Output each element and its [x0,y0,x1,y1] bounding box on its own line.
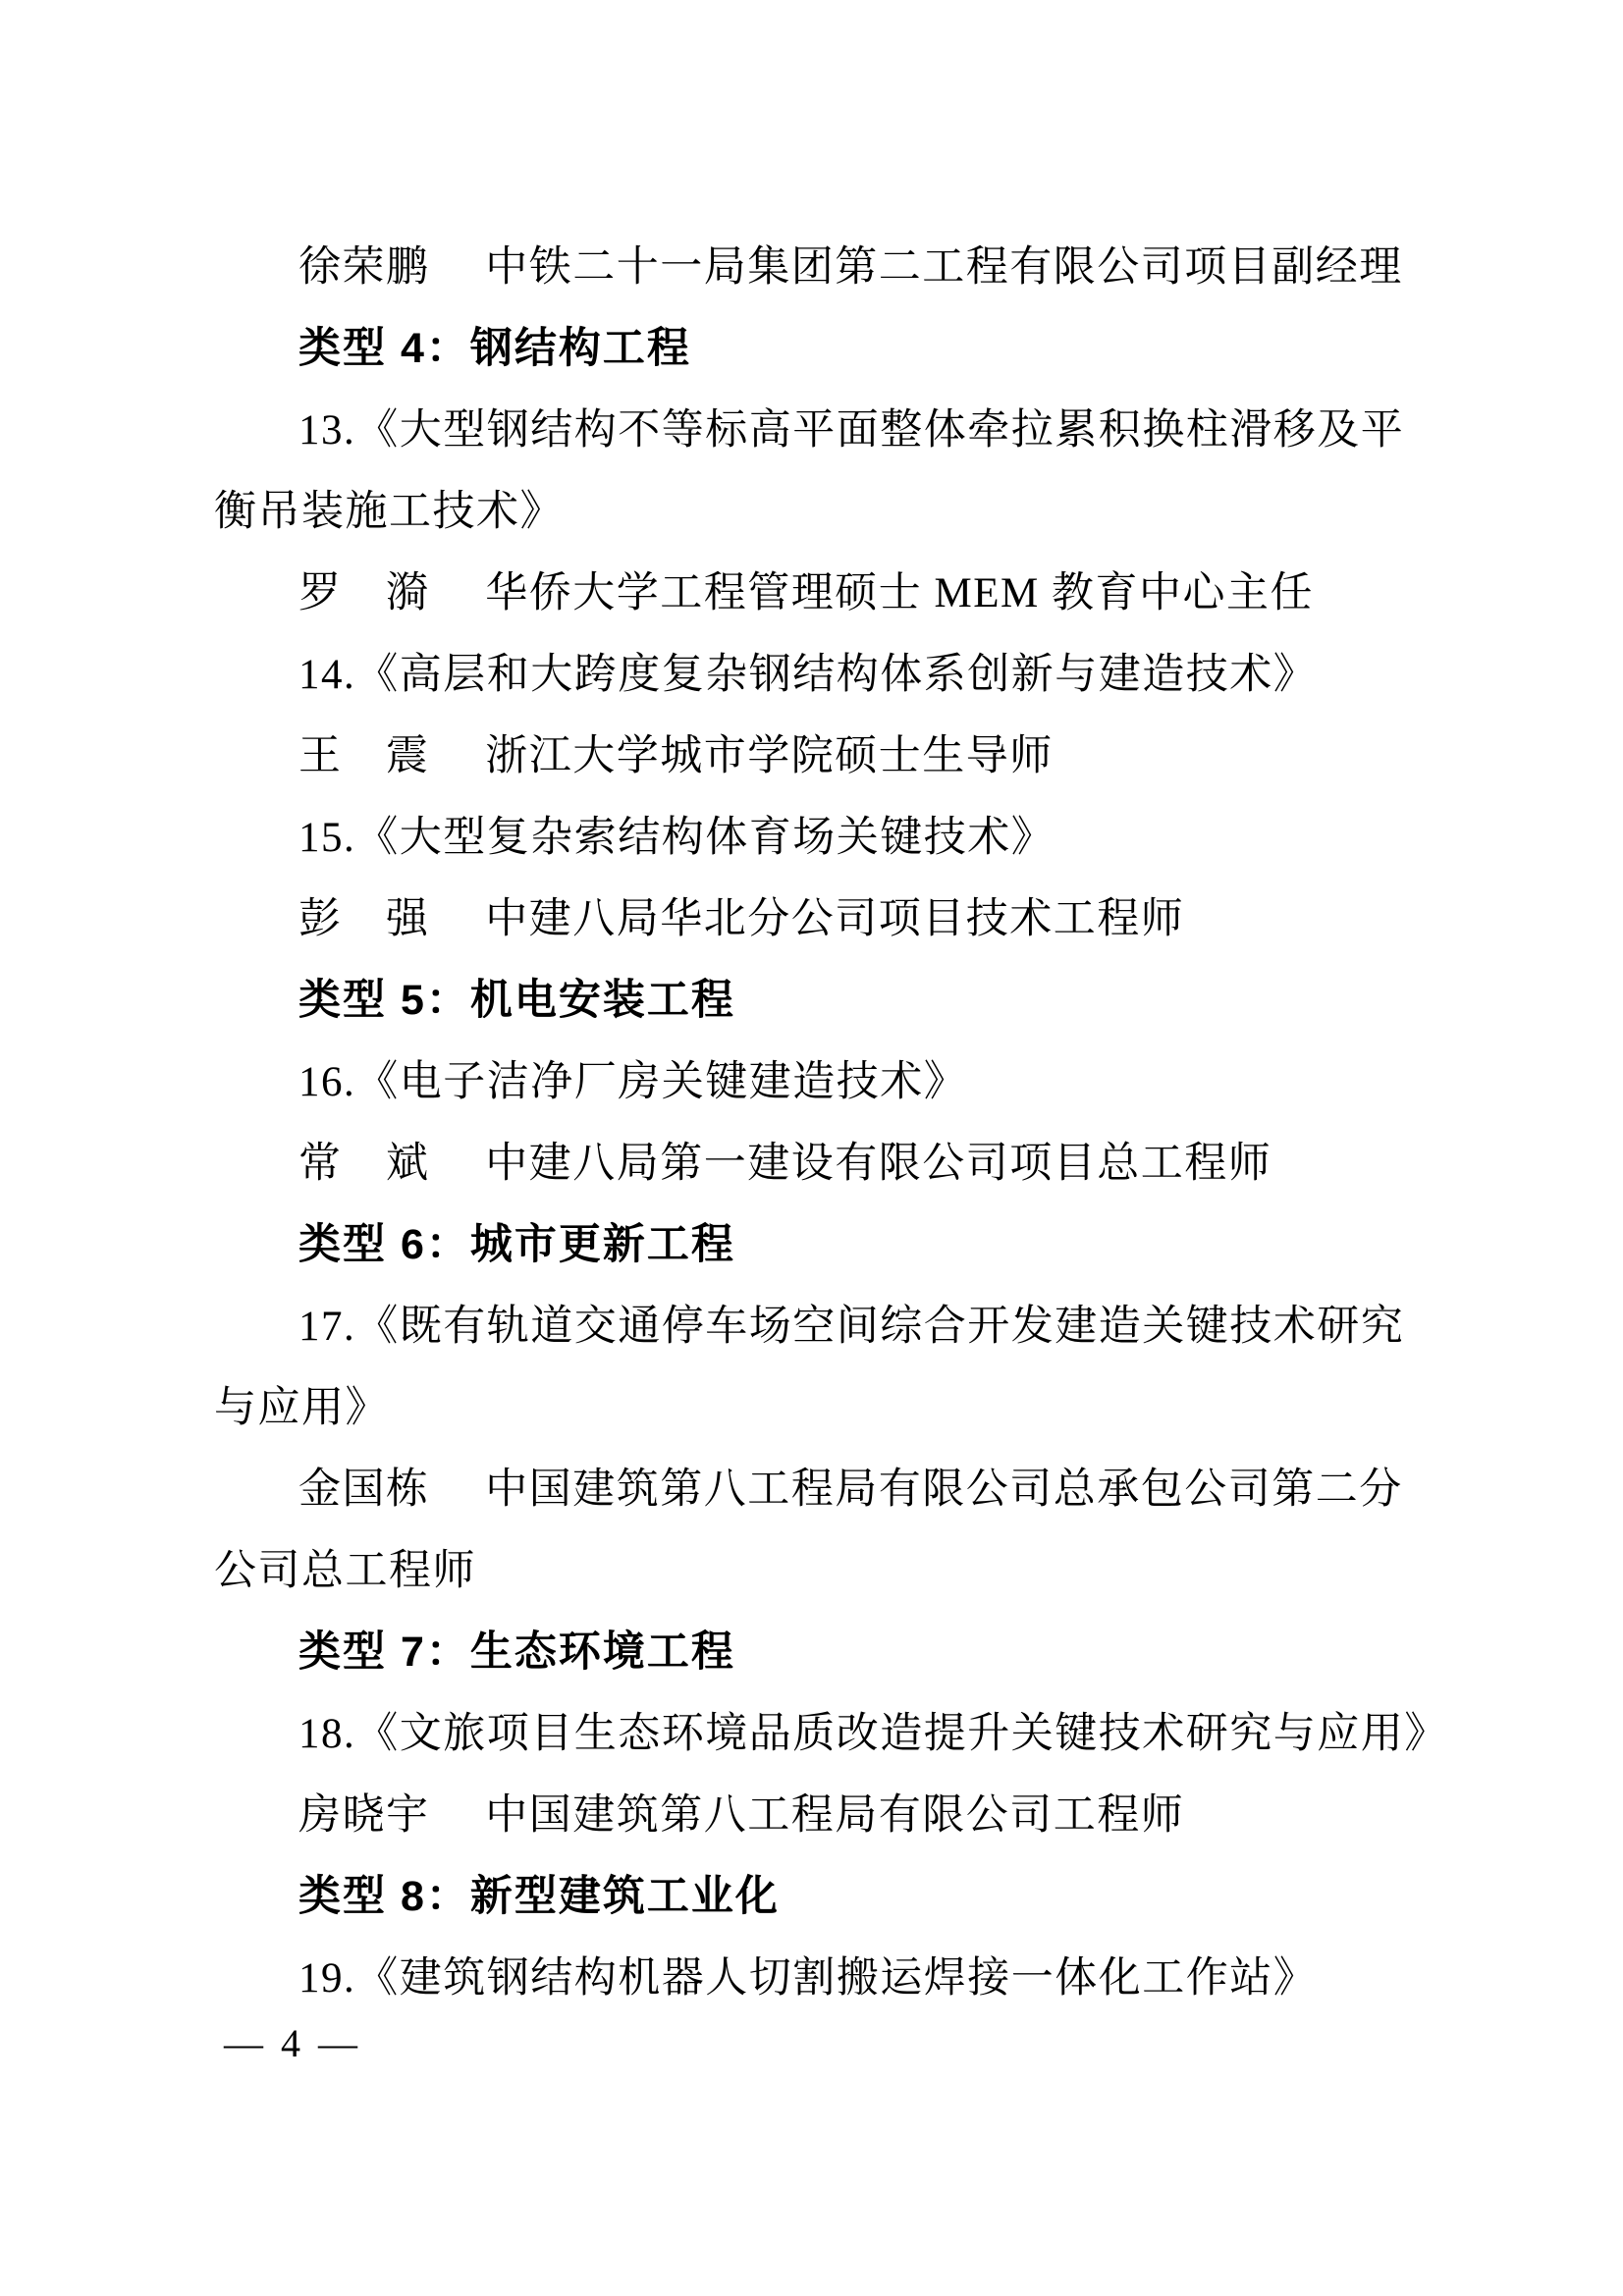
person-affiliation-line: 徐荣鹏 中铁二十一局集团第二工程有限公司项目副经理 [214,227,1416,308]
person-affiliation-line: 王 震 浙江大学城市学院硕士生导师 [214,716,1416,797]
project-title-line: 17.《既有轨道交通停车场空间综合开发建造关键技术研究 [214,1286,1416,1367]
document-body: 徐荣鹏 中铁二十一局集团第二工程有限公司项目副经理 类型 4：钢结构工程 13.… [214,227,1416,2019]
document-page: 徐荣鹏 中铁二十一局集团第二工程有限公司项目副经理 类型 4：钢结构工程 13.… [0,0,1623,2296]
category-heading: 类型 5：机电安装工程 [214,960,1416,1041]
page-number: — 4 — [224,2018,361,2069]
category-heading: 类型 6：城市更新工程 [214,1204,1416,1286]
person-affiliation-line: 房晓宇 中国建筑第八工程局有限公司工程师 [214,1775,1416,1856]
project-title-line: 13.《大型钢结构不等标高平面整体牵拉累积换柱滑移及平 [214,390,1416,471]
category-heading: 类型 7：生态环境工程 [214,1612,1416,1693]
project-title-line: 15.《大型复杂索结构体育场关键技术》 [214,797,1416,879]
category-heading: 类型 4：钢结构工程 [214,308,1416,390]
person-affiliation-line: 罗 漪 华侨大学工程管理硕士 MEM 教育中心主任 [214,553,1416,634]
project-title-line: 16.《电子洁净厂房关键建造技术》 [214,1041,1416,1123]
affiliation-continuation-line: 公司总工程师 [214,1530,1416,1612]
category-heading: 类型 8：新型建筑工业化 [214,1856,1416,1938]
project-title-continuation-line: 衡吊装施工技术》 [214,471,1416,553]
person-affiliation-line: 常 斌 中建八局第一建设有限公司项目总工程师 [214,1123,1416,1204]
project-title-line: 14.《高层和大跨度复杂钢结构体系创新与建造技术》 [214,634,1416,716]
person-affiliation-line: 金国栋 中国建筑第八工程局有限公司总承包公司第二分 [214,1449,1416,1530]
person-affiliation-line: 彭 强 中建八局华北分公司项目技术工程师 [214,879,1416,960]
project-title-continuation-line: 与应用》 [214,1367,1416,1449]
project-title-line: 19.《建筑钢结构机器人切割搬运焊接一体化工作站》 [214,1938,1416,2019]
project-title-line: 18.《文旅项目生态环境品质改造提升关键技术研究与应用》 [214,1693,1416,1775]
